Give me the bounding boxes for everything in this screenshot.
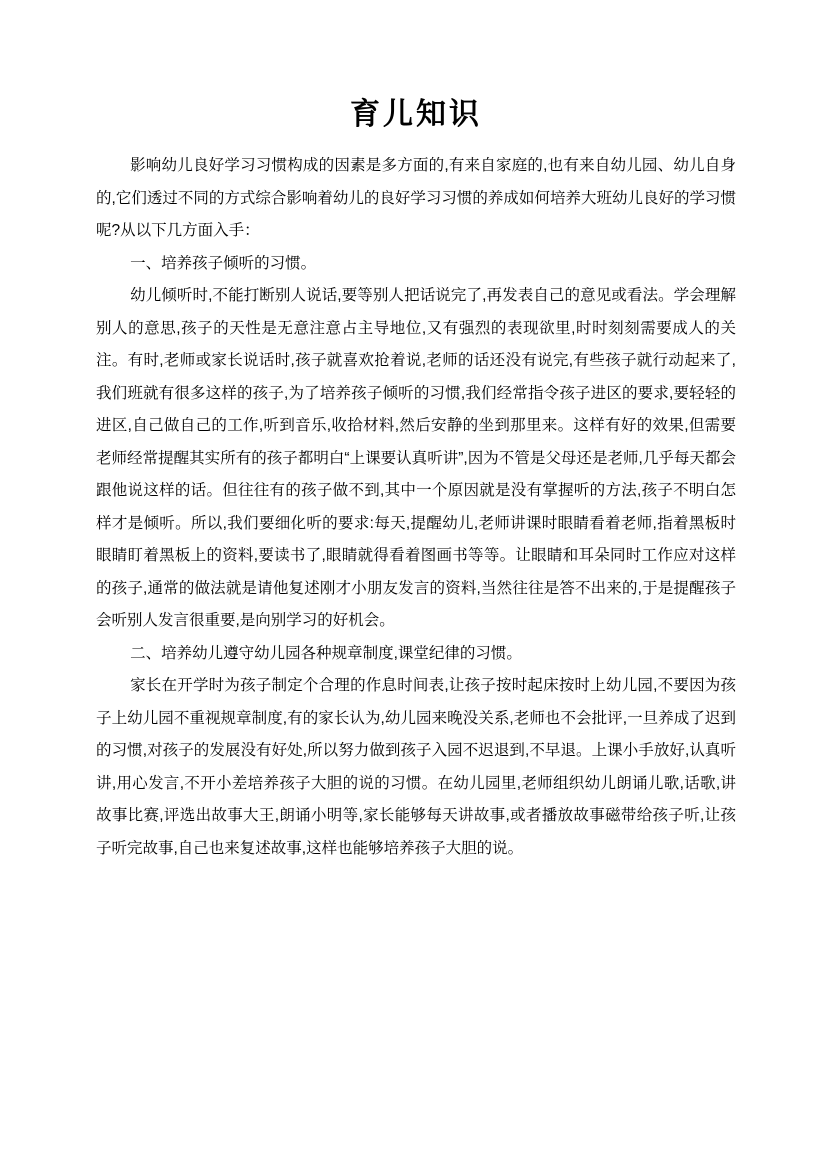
paragraph-section-1-body: 幼儿倾听时,不能打断别人说话,要等别人把话说完了,再发表自己的意见或看法。学会理… [96, 280, 736, 638]
section-heading-1: 一、培养孩子倾听的习惯。 [96, 248, 736, 281]
document-title: 育儿知识 [96, 94, 736, 136]
section-heading-2: 二、培养幼儿遵守幼儿园各种规章制度,课堂纪律的习惯。 [96, 638, 736, 671]
paragraph-section-2-body: 家长在开学时为孩子制定个合理的作息时间表,让孩子按时起床按时上幼儿园,不要因为孩… [96, 670, 736, 865]
document-page: 育儿知识 影响幼儿良好学习习惯构成的因素是多方面的,有来自家庭的,也有来自幼儿园… [0, 0, 827, 1170]
document-content: 育儿知识 影响幼儿良好学习习惯构成的因素是多方面的,有来自家庭的,也有来自幼儿园… [96, 94, 736, 865]
paragraph-intro: 影响幼儿良好学习习惯构成的因素是多方面的,有来自家庭的,也有来自幼儿园、幼儿自身… [96, 150, 736, 248]
